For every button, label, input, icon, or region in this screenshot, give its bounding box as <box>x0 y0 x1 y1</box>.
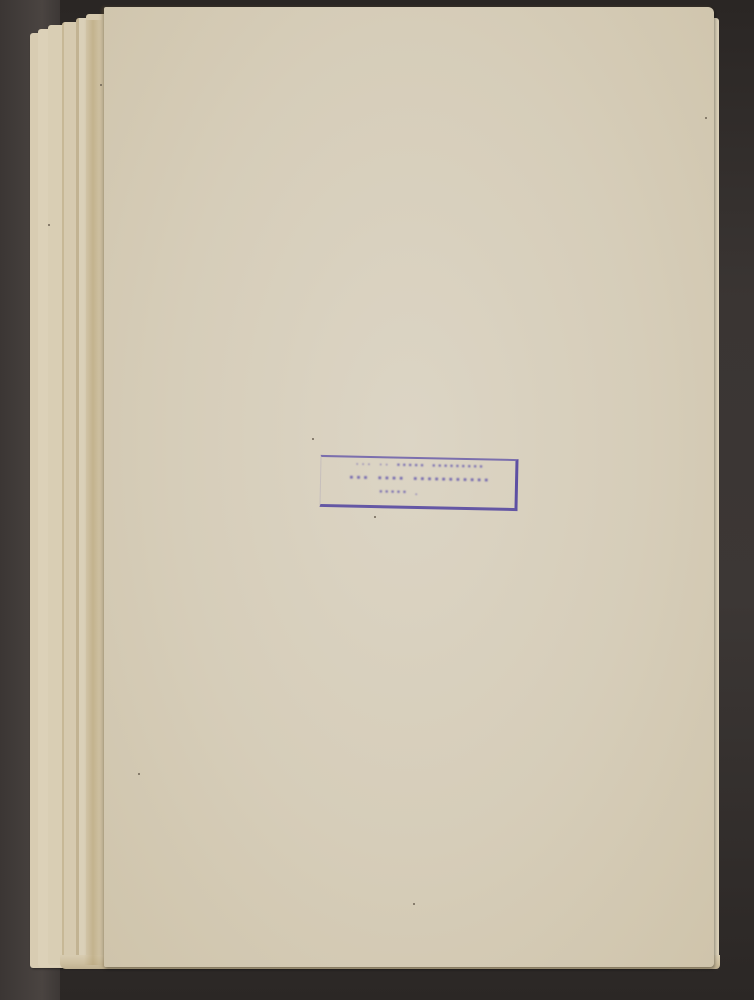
paper-speck <box>374 516 376 518</box>
paper-speck <box>413 903 415 905</box>
ink-stamp: ··· ·· ▪▪▪▪▪ ▪▪▪▪▪▪▪▪▪ ▪▪▪ ▪▪▪▪ ▪▪▪▪▪▪▪▪… <box>317 453 520 513</box>
paper-speck <box>138 773 140 775</box>
paper-speck <box>705 117 707 119</box>
paper-speck <box>312 438 314 440</box>
paper-speck <box>48 224 50 226</box>
paper-edge-stain <box>84 20 102 965</box>
paper-speck <box>100 84 102 86</box>
